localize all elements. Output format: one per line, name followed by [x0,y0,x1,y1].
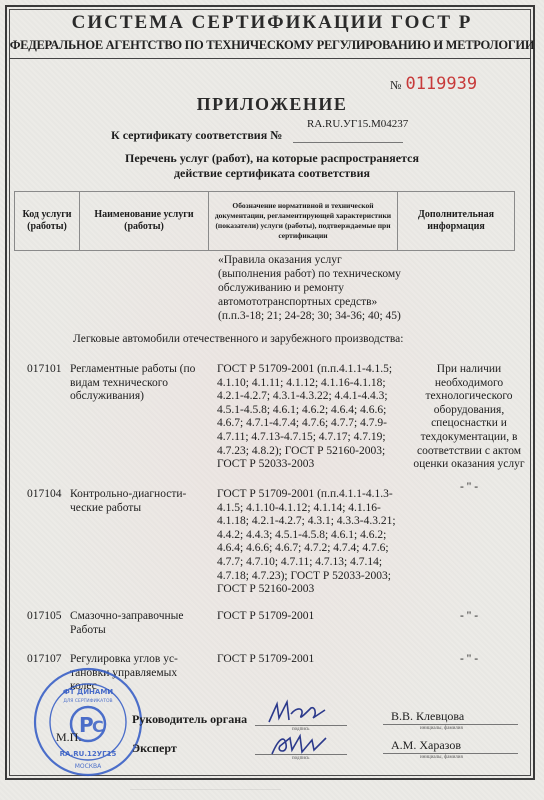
column-name: Наименование услуги (работы) [80,192,209,251]
row-code: 017104 [27,488,62,502]
row-code: 017105 [27,610,62,624]
svg-text:ФТ ДИНАМИ: ФТ ДИНАМИ [63,688,113,696]
row-info: - " - [410,481,528,495]
agency-title: ФЕДЕРАЛЬНОЕ АГЕНТСТВО ПО ТЕХНИЧЕСКОМУ РЕ… [0,38,544,53]
expert-signature-icon [268,730,338,758]
expert-name-line [383,753,518,754]
row-info: - " - [410,610,528,624]
column-info: Дополнительная информация [398,192,515,251]
certificate-number: RA.RU.УГ15.М04237 [307,118,408,130]
seal-stamp-icon: P C ФТ ДИНАМИ ДЛЯ СЕРТИФИКАТОВ RA.RU.12У… [32,666,144,778]
annex-title: ПРИЛОЖЕНИЕ [0,94,544,115]
svg-text:МОСКВА: МОСКВА [75,763,102,770]
row-info: - " - [410,653,528,667]
row-doc: ГОСТ Р 51709-2001 (п.п.4.1.1-4.1.3-4.1.5… [217,488,407,597]
row-code: 017107 [27,653,62,667]
expert-name: А.М. Харазов [391,738,461,753]
number-value: 0119939 [405,74,477,94]
svg-text:RA.RU.12УГ15: RA.RU.12УГ15 [60,750,117,758]
system-title: СИСТЕМА СЕРТИФИКАЦИИ ГОСТ Р [0,12,544,34]
head-label: Руководитель органа [132,712,247,727]
table-header: Код услуги (работы) Наименование услуги … [14,191,515,251]
expert-name-caption: инициалы, фамилия [420,755,463,760]
row-name: Смазочно-заправочные Работы [70,610,195,637]
row-doc: ГОСТ Р 51709-2001 [217,653,407,667]
head-name: В.В. Клевцова [391,709,464,724]
header-divider [9,58,531,59]
number-label: № [390,78,401,92]
section-label: Легковые автомобили отечественного и зар… [73,333,403,345]
certificate-underline [293,142,403,143]
svg-text:ДЛЯ СЕРТИФИКАТОВ: ДЛЯ СЕРТИФИКАТОВ [63,698,112,704]
list-title-line1: Перечень услуг (работ), на которые распр… [0,151,544,166]
head-name-line [383,724,518,725]
certificate-page: СИСТЕМА СЕРТИФИКАЦИИ ГОСТ Р ФЕДЕРАЛЬНОЕ … [0,0,544,800]
row-info: При наличии необходимого технологическог… [410,363,528,472]
row-name: Регламентные работы (по видам техническо… [70,363,210,404]
form-number: №0119939 [390,74,477,94]
expert-label: Эксперт [132,741,177,756]
column-doc: Обозначение нормативной и технической до… [209,192,398,251]
mp-label: М.П. [56,730,81,745]
expert-signature-caption: подпись [292,756,309,761]
row-name: Контрольно-диагности-ческие работы [70,488,195,515]
list-title-line2: действие сертификата соответствия [0,166,544,181]
list-title: Перечень услуг (работ), на которые распр… [0,151,544,181]
general-rule: «Правила оказания услуг (выполнения рабо… [218,253,403,323]
certificate-label: К сертификату соответствия № [111,128,282,143]
row-doc: ГОСТ Р 51709-2001 [217,610,407,624]
row-doc: ГОСТ Р 51709-2001 (п.п.4.1.1-4.1.5; 4.1.… [217,363,407,472]
printer-footer: ........................................… [130,786,490,791]
svg-text:C: C [92,717,104,736]
row-code: 017101 [27,363,62,377]
head-signature-icon [265,698,335,726]
column-code: Код услуги (работы) [15,192,80,251]
head-name-caption: инициалы, фамилия [420,726,463,731]
